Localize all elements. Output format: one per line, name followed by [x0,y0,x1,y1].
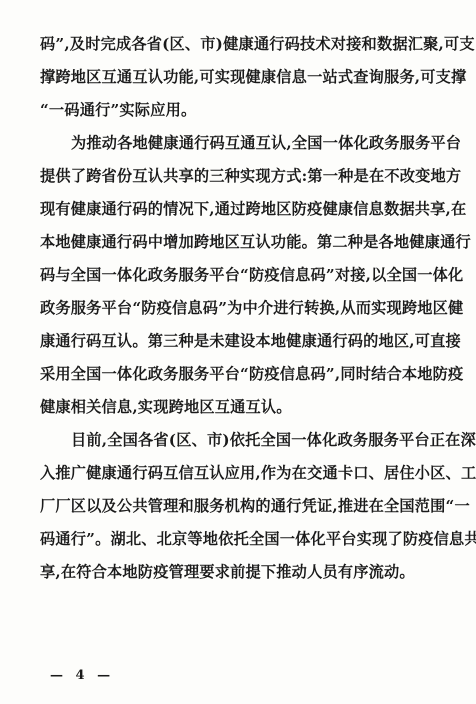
paragraph-2: 为推动各地健康通行码互通互认,全国一体化政务服务平台 提供了跨省份互认共享的三种… [40,130,450,427]
page-number: — 4 — [50,668,114,683]
text-line: 享,在符合本地防疫管理要求前提下推动人员有序流动。 [40,559,450,592]
text-line: 码”,及时完成各省(区、市)健康通行码技术对接和数据汇聚,可支 [40,31,450,64]
text-line: “一码通行”实际应用。 [40,97,450,130]
text-line: 入推广健康通行码互信互认应用,作为在交通卡口、居住小区、工 [40,460,450,493]
text-line: 目前,全国各省(区、市)依托全国一体化政务服务平台正在深 [40,427,450,460]
text-line: 政务服务平台“防疫信息码”为中介进行转换,从而实现跨地区健 [40,295,450,328]
text-line: 现有健康通行码的情况下,通过跨地区防疫健康信息数据共享,在 [40,196,450,229]
paragraph-1: 码”,及时完成各省(区、市)健康通行码技术对接和数据汇聚,可支 撑跨地区互通互认… [40,31,450,130]
text-line: 采用全国一体化政务服务平台“防疫信息码”,同时结合本地防疫 [40,361,450,394]
text-line: 提供了跨省份互认共享的三种实现方式:第一种是在不改变地方 [40,163,450,196]
text-line: 撑跨地区互通互认功能,可实现健康信息一站式查询服务,可支撑 [40,64,450,97]
text-line: 码与全国一体化政务服务平台“防疫信息码”对接,以全国一体化 [40,262,450,295]
text-line: 为推动各地健康通行码互通互认,全国一体化政务服务平台 [40,130,450,163]
text-line: 康通行码互认。第三种是未建设本地健康通行码的地区,可直接 [40,328,450,361]
document-body: 码”,及时完成各省(区、市)健康通行码技术对接和数据汇聚,可支 撑跨地区互通互认… [40,31,450,592]
text-line: 码通行”。湖北、北京等地依托全国一体化平台实现了防疫信息共 [40,526,450,559]
paragraph-3: 目前,全国各省(区、市)依托全国一体化政务服务平台正在深 入推广健康通行码互信互… [40,427,450,592]
text-line: 本地健康通行码中增加跨地区互认功能。第二种是各地健康通行 [40,229,450,262]
text-line: 厂厂区以及公共管理和服务机构的通行凭证,推进在全国范围“一 [40,493,450,526]
text-line: 健康相关信息,实现跨地区互通互认。 [40,394,450,427]
